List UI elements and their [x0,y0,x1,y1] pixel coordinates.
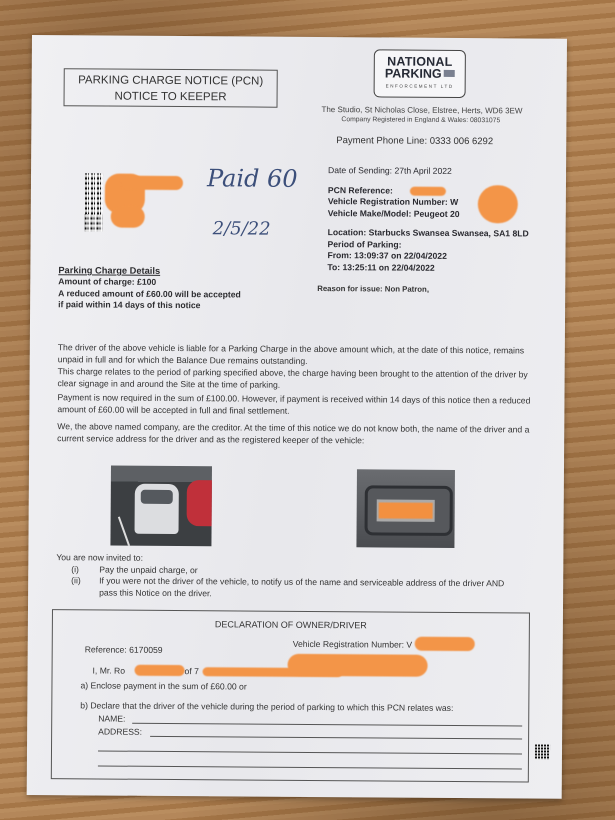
address-field-line-2[interactable] [98,750,522,754]
address-label: ADDRESS: [98,726,142,736]
declaration-title: DECLARATION OF OWNER/DRIVER [53,618,529,631]
name-label: NAME: [98,713,125,723]
vehicle-photo [110,466,212,547]
number-plate-photo [356,469,455,548]
reduced-amount: A reduced amount of £60.00 will be accep… [58,288,248,310]
redaction [410,186,446,195]
datamatrix-barcode [85,173,103,231]
company-address-block: The Studio, St Nicholas Close, Elstree, … [321,105,551,127]
reason-for-issue: Reason for issue: Non Patron, [317,284,429,294]
redaction [111,206,145,228]
option-b: b) Declare that the driver of the vehicl… [80,700,453,713]
liability-paragraph: The driver of the above vehicle is liabl… [58,341,548,368]
invitation-section: You are now invited to: (i) Pay the unpa… [56,552,546,601]
declarant-address: of 7 [185,666,199,676]
redaction [288,654,428,677]
notice-title-box: PARKING CHARGE NOTICE (PCN) NOTICE TO KE… [64,68,278,107]
period-from: From: 13:09:37 on 22/04/2022 [327,250,446,261]
details-heading: Parking Charge Details [58,265,248,277]
option-a: a) Enclose payment in the sum of £60.00 … [80,680,246,691]
location: Location: Starbucks Swansea Swansea, SA1… [328,227,529,238]
address-field-line-3[interactable] [98,765,522,769]
amount-of-charge: Amount of charge: £100 [58,276,248,288]
declaration-reference: Reference: 6170059 [85,644,163,655]
redaction [135,665,185,676]
payment-phone: Payment Phone Line: 0333 006 6292 [336,135,493,147]
vehicle-registration: Vehicle Registration Number: W [328,196,458,207]
signage-paragraph: This charge relates to the period of par… [58,365,548,392]
payment-paragraph: Payment is now required in the sum of £1… [57,391,547,418]
notice-subtitle: NOTICE TO KEEPER [65,88,277,105]
redaction [415,637,475,651]
declarant-name: I, Mr. Ro [93,665,126,675]
declaration-box: DECLARATION OF OWNER/DRIVER Reference: 6… [51,609,530,782]
handwritten-date: 2/5/22 [213,218,271,239]
company-registration: Company Registered in England & Wales: 0… [321,115,551,127]
pcn-reference: PCN Reference: [328,185,393,195]
invitation-item: (ii) If you were not the driver of the v… [56,575,546,601]
redaction [121,176,183,190]
company-logo: NATIONAL PARKING ENFORCEMENT LTD [374,49,466,98]
declaration-vehicle-reg: Vehicle Registration Number: V [293,639,412,650]
name-field[interactable] [132,723,522,727]
handwritten-paid-note: Paid 60 [207,164,298,193]
redaction [478,185,518,223]
notice-title: PARKING CHARGE NOTICE (PCN) [65,72,277,89]
pcn-document: PARKING CHARGE NOTICE (PCN) NOTICE TO KE… [27,35,567,799]
pcn-info: Date of Sending: 27th April 2022 PCN Ref… [327,165,558,275]
flag-icon [444,70,455,77]
parking-charge-details: Parking Charge Details Amount of charge:… [58,265,248,310]
redaction [379,502,433,518]
qr-code [535,745,550,760]
period-of-parking: Period of Parking: [328,239,402,250]
period-to: To: 13:25:11 on 22/04/2022 [327,262,434,273]
vehicle-make-model: Vehicle Make/Model: Peugeot 20 [328,208,460,219]
date-of-sending: Date of Sending: 27th April 2022 [328,165,558,178]
creditor-paragraph: We, the above named company, are the cre… [57,420,547,447]
address-field[interactable] [150,736,522,740]
